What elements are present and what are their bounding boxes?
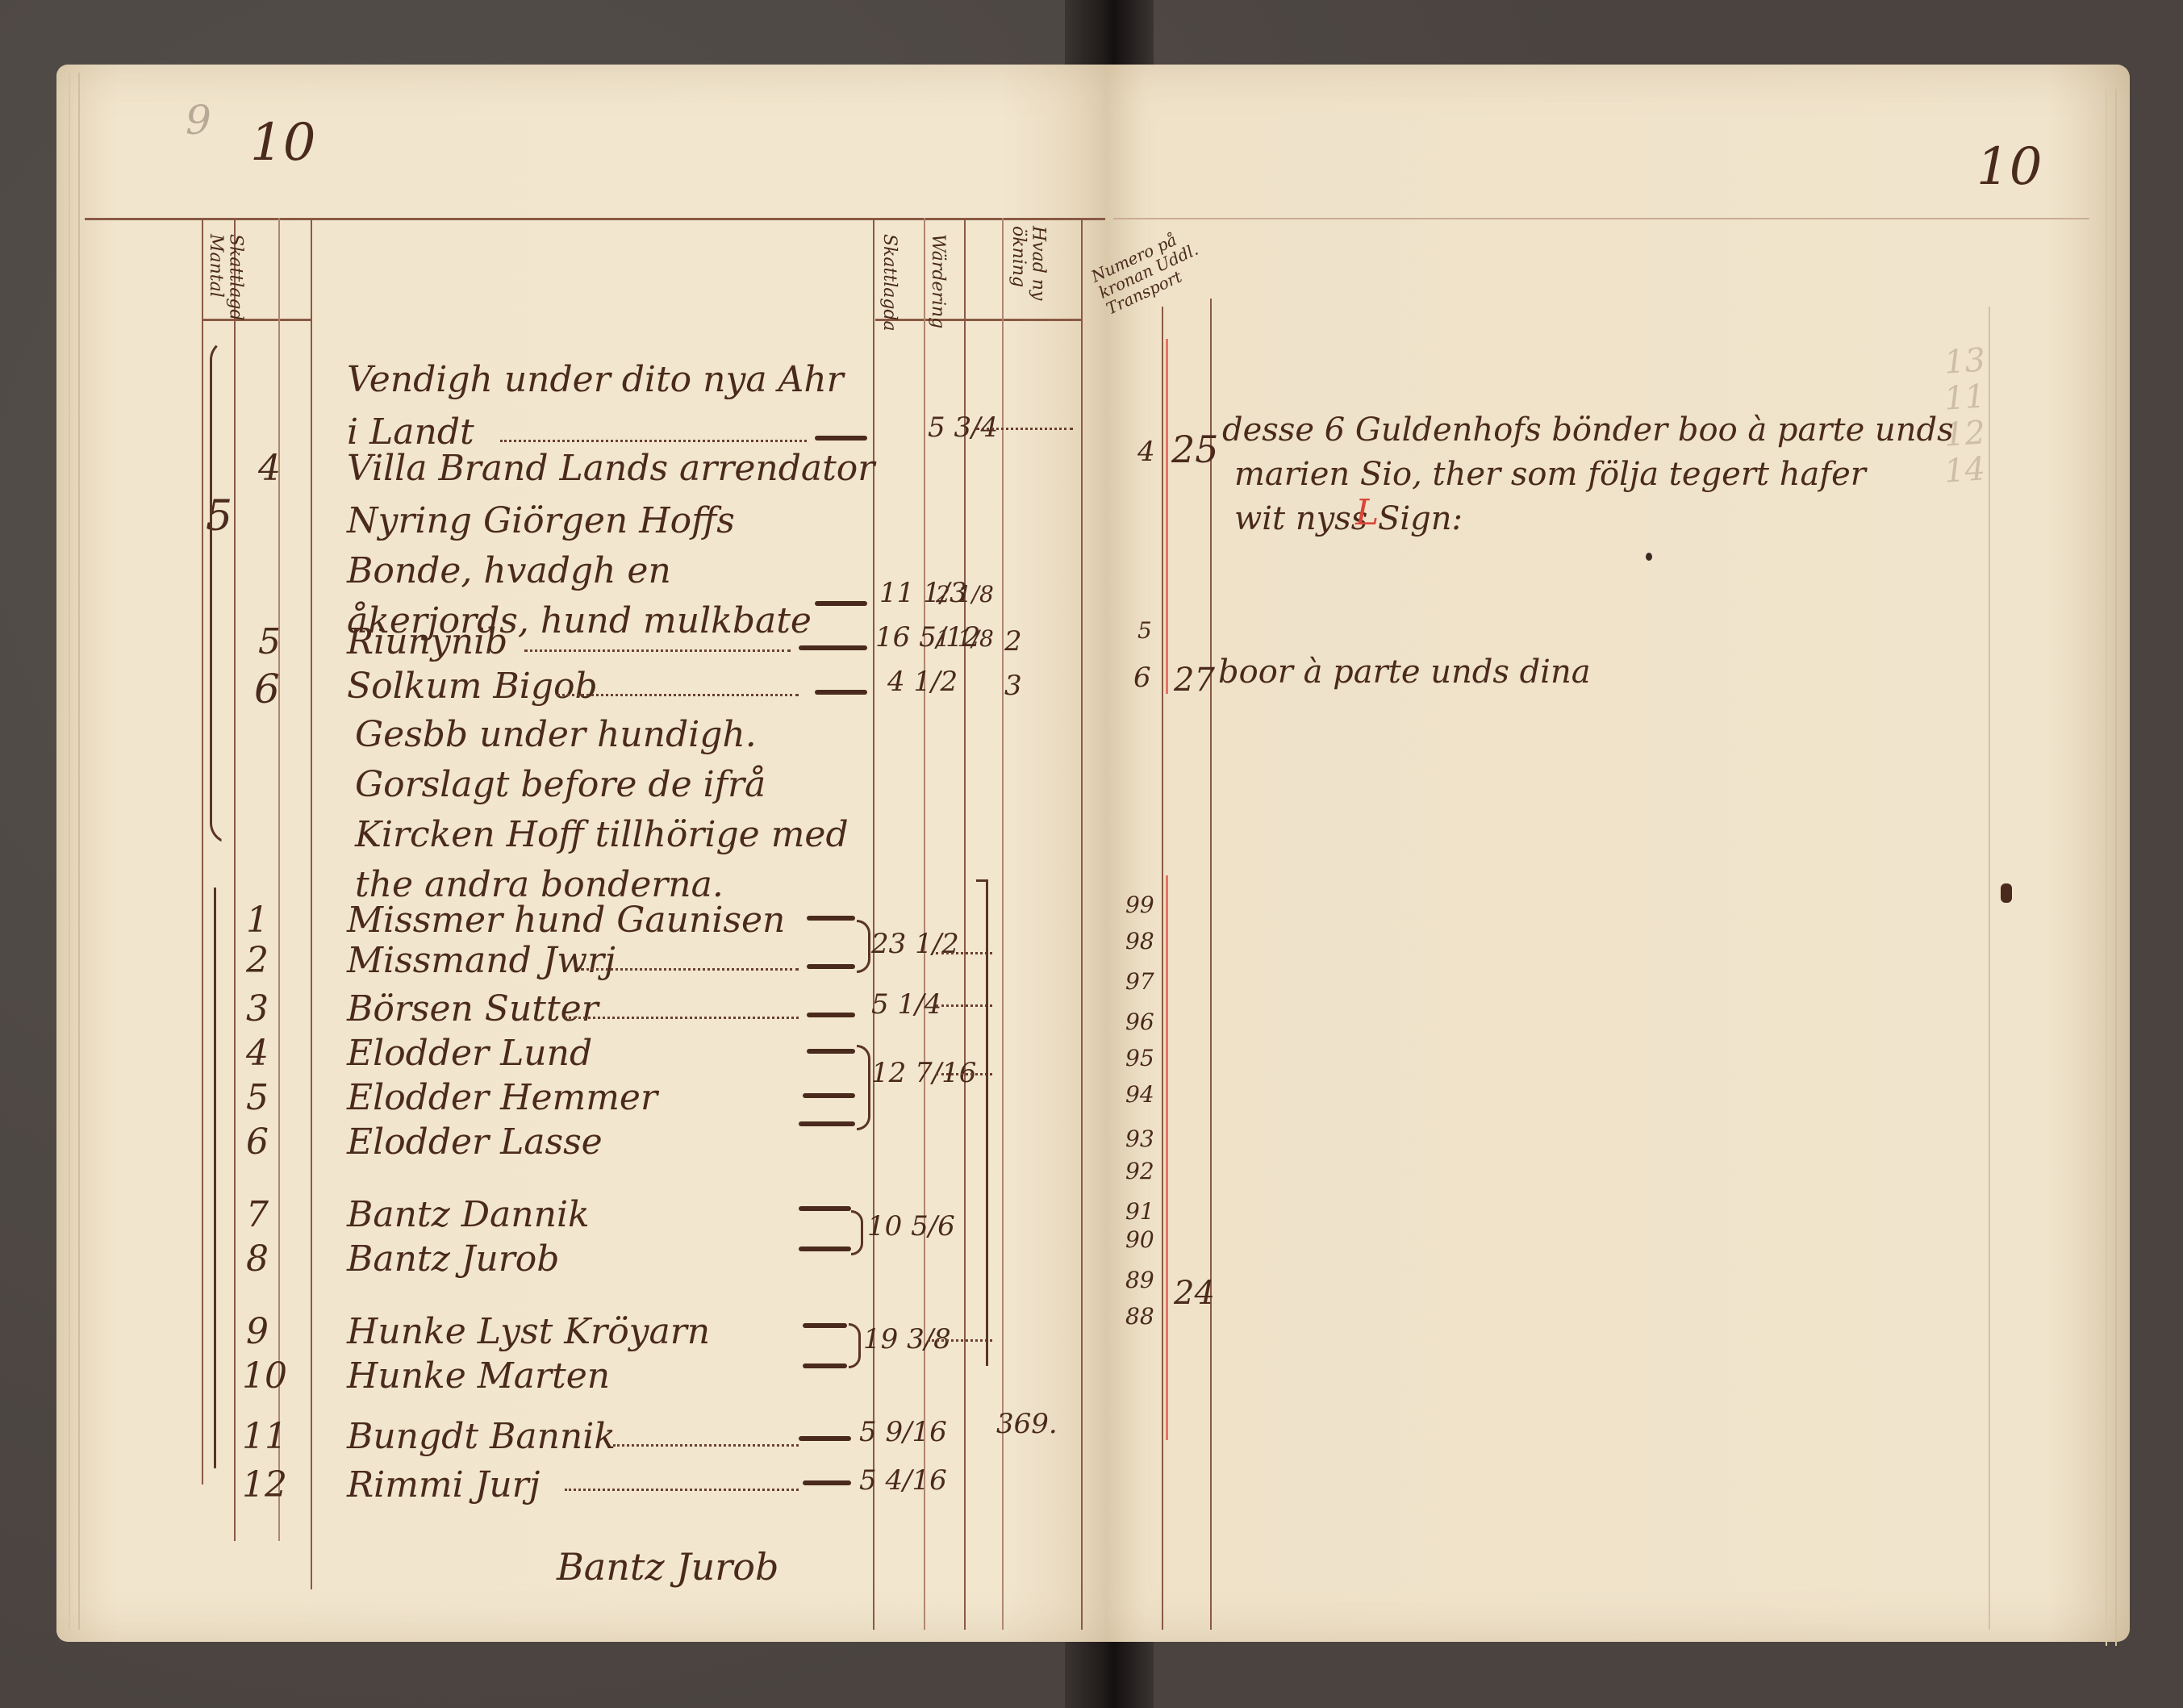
row-number: 88 [1125, 1303, 1154, 1330]
section-bracket [210, 339, 231, 844]
leader-dots [613, 1444, 799, 1447]
red-total: 27 [1174, 662, 1215, 699]
right-margin-rule [1989, 307, 1990, 1630]
entry-index: 7 [246, 1194, 269, 1235]
entry-index: 3 [246, 988, 269, 1029]
margin-rule-3 [278, 218, 280, 1541]
row-number: 97 [1125, 968, 1154, 995]
red-total: 24 [1174, 1275, 1215, 1312]
entry-text: Bantz Jurob [347, 1238, 559, 1280]
red-bracket [1166, 875, 1168, 1440]
leader-dots [557, 694, 799, 696]
column-header-skattlagda: Skattlagda [879, 234, 899, 315]
entry-text: Vendigh under dito nya Ahr [347, 359, 844, 400]
entry-text: Missmer hund Gaunisen [347, 900, 785, 941]
entry-value-c: 3 [1004, 670, 1022, 702]
note-line: marien Sio, ther som följa tegert hafer [1234, 456, 1866, 493]
leader-dots [500, 440, 807, 442]
entry-value: 5 1/4 [871, 988, 941, 1021]
entry-value: 5 9/16 [859, 1416, 947, 1448]
entry-value: 5 4/16 [859, 1464, 947, 1497]
leader-dash [803, 1323, 847, 1328]
entry-value: 23 1/2 [871, 928, 959, 960]
right-page [1105, 65, 2130, 1642]
red-mark: L [1355, 492, 1379, 533]
value-brace [849, 1323, 861, 1368]
bleed-through-number: 12 [1943, 414, 1986, 453]
entry-text: Elodder Hemmer [347, 1077, 657, 1118]
row-number: 95 [1125, 1045, 1154, 1071]
leader-dash [799, 1121, 855, 1126]
leader-dash [803, 1480, 851, 1485]
entry-value-b: 2 1/8 [936, 581, 994, 608]
row-number: 89 [1125, 1267, 1154, 1293]
leader-dash [799, 1206, 851, 1211]
value-rule-5 [1081, 218, 1083, 1630]
entry-index: 12 [242, 1464, 287, 1505]
margin-rule-2 [234, 218, 236, 1541]
entry-index: 2 [246, 940, 269, 981]
leader-dash [799, 1436, 851, 1441]
entry-text: Rimmi Jurj [347, 1464, 540, 1505]
header-rule [85, 218, 1105, 220]
entry-text: Bantz Dannik [347, 1194, 590, 1235]
row-number: 5 [1137, 617, 1152, 644]
bleed-through-number: 14 [1943, 450, 1986, 490]
entry-index: 5 [258, 621, 281, 662]
entry-index: 1 [246, 900, 269, 941]
leader-dash [815, 436, 867, 441]
text-rule [311, 218, 312, 1589]
leader-dash [815, 690, 867, 695]
row-number: 94 [1125, 1081, 1154, 1108]
column-header-wardering: Wärdering [928, 234, 947, 315]
entry-text: Solkum Bigob [347, 666, 598, 707]
entry-continuation: i Landt [347, 411, 474, 453]
leader-dash [815, 601, 867, 606]
entry-value: 10 5/6 [867, 1210, 955, 1242]
entry-value: 4 1/2 [887, 666, 958, 698]
leader-dots [976, 428, 1073, 430]
entry-index: 4 [246, 1033, 269, 1074]
row-number: 6 [1133, 662, 1151, 694]
right-page-edge [2106, 89, 2117, 1646]
entry-text: Bungdt Bannik [347, 1416, 616, 1457]
entry-text: Elodder Lasse [347, 1121, 603, 1163]
entry-index: 5 [246, 1077, 269, 1118]
row-number: 90 [1125, 1226, 1154, 1253]
faint-margin-mark: 9 [186, 97, 211, 144]
entry-index: 6 [254, 666, 280, 712]
entry-index: 8 [246, 1238, 269, 1280]
note-line: wit nyss Sign: [1234, 500, 1463, 537]
column-header-mantal: Skattlagd Mantal [206, 234, 244, 315]
entry-value-b: 1 1/8 [936, 625, 994, 652]
row-number: 4 [1137, 436, 1155, 468]
entry-index: 11 [242, 1416, 287, 1457]
leader-dash [807, 964, 855, 969]
signature: Bantz Jurob [557, 1545, 778, 1589]
right-page-number: 10 [1976, 137, 2042, 197]
entry-text: Hunke Marten [347, 1355, 610, 1397]
leader-dash [803, 1093, 855, 1098]
row-number: 98 [1125, 928, 1154, 954]
leader-dash [799, 1247, 851, 1251]
bleed-through-number: 11 [1943, 378, 1986, 417]
value-brace [851, 1210, 863, 1255]
leader-dash [807, 1049, 855, 1054]
value-brace [857, 1045, 870, 1130]
margin-header-rule [202, 319, 311, 321]
entry-text: Riunynib [347, 621, 507, 662]
entry-text: Missmand Jwrj [347, 940, 616, 981]
entry-text: Villa Brand Lands arrendator [347, 448, 874, 489]
column-header-okning: Hvad ny ökning [1008, 226, 1047, 315]
row-number: 99 [1125, 892, 1154, 918]
leader-dots [565, 1017, 799, 1019]
row-number: 96 [1125, 1009, 1154, 1035]
row-number: 93 [1125, 1125, 1154, 1152]
left-page-number: 10 [250, 113, 315, 173]
leader-dots [581, 968, 799, 971]
leader-dash [803, 1363, 847, 1368]
entry-index: 6 [246, 1121, 269, 1163]
ink-blot [2001, 883, 2012, 903]
red-bracket [1166, 339, 1168, 694]
entry-value-c: 2 [1004, 625, 1022, 658]
note-line: boor à parte unds dina [1218, 654, 1591, 691]
entry-text: Börsen Sutter [347, 988, 599, 1029]
right-header-rule [1113, 218, 2089, 219]
leader-dash [807, 916, 855, 921]
leader-dash [807, 1013, 855, 1017]
total-bracket [976, 879, 988, 1366]
margin-rule-1 [202, 218, 203, 1485]
leader-dash [799, 645, 867, 650]
list-bracket [214, 887, 226, 1468]
note-line: desse 6 Guldenhofs bönder boo à parte un… [1222, 411, 1954, 449]
row-number: 91 [1125, 1198, 1154, 1225]
section-note: Gesbb under hundigh. Gorslagt before de … [355, 710, 855, 910]
left-page-edge [69, 73, 80, 1630]
row-number: 92 [1125, 1158, 1154, 1184]
entry-text: Hunke Lyst Kröyarn [347, 1311, 710, 1352]
ink-dot [1646, 553, 1652, 561]
section-total: 369. [996, 1408, 1058, 1440]
entry-text: Elodder Lund [347, 1033, 592, 1074]
leader-dots [524, 649, 791, 652]
leader-dots [565, 1489, 799, 1491]
bleed-through-number: 13 [1943, 341, 1986, 381]
red-total: 25 [1171, 428, 1219, 471]
red-total-rule [1210, 299, 1212, 1630]
entry-index: 9 [246, 1311, 269, 1352]
entry-index: 4 [258, 448, 281, 489]
value-brace [857, 920, 870, 973]
values-header-rule [875, 319, 1081, 321]
entry-index: 10 [242, 1355, 287, 1397]
row-number-rule [1162, 307, 1163, 1630]
